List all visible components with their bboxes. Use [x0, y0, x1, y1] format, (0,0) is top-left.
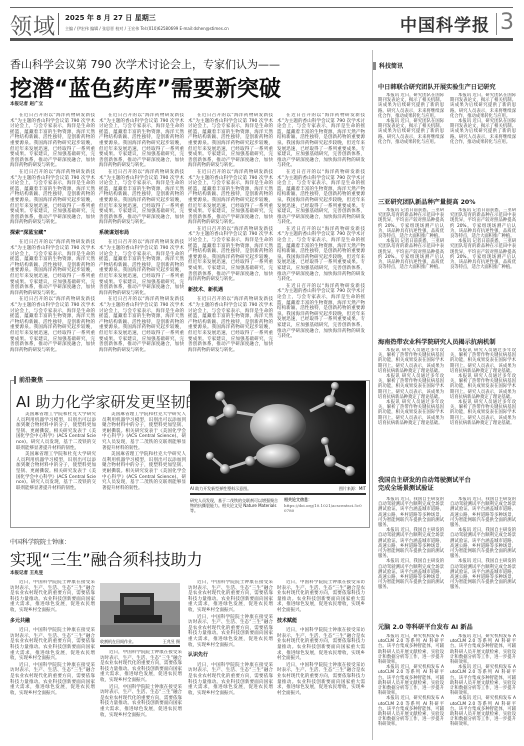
brief-title-3: 海南热带农业科学院研究人员揭示抗病机制	[378, 337, 496, 346]
molecule-caption-text: AI 助力开发新型弹性塑料示意图。	[190, 486, 251, 492]
section-name: 领域	[10, 10, 56, 41]
brief-5-col-2: 本报讯 近日，研究机构发布 AutoCLM 2.0 等系列 AI 科研平台。该平…	[450, 634, 516, 739]
lead-column-2: 在近日召开的以“海洋药物研发新技术”为主题的香山科学会议第 790 次学术讨论会…	[99, 113, 184, 370]
paper-link-block: 相关论文信息： https://doi.org/10.1021/acscents…	[284, 497, 364, 514]
second-column-2: 近日，中国科学院院士钟康在接受采访时表示，生产、生活、生态“三生”融合是农业农村…	[100, 650, 182, 740]
feature-label: 前沿聚焦	[16, 375, 46, 384]
harvester-caption-rule	[100, 645, 180, 647]
molecule-caption: AI 助力开发新型弹性塑料示意图。 图片来源：MIT	[190, 486, 366, 492]
editor-staff-line: 主编 / 伊宏伟 编辑 / 张思晋 校对 / 王宏伟 Tel:(010)6258…	[65, 26, 229, 32]
brief-title-5: 元脑 2.0 等科研平台发布 AI 新品	[378, 622, 473, 631]
lead-kicker: 香山科学会议第 790 次学术讨论会上，专家们认为——	[10, 56, 280, 72]
feature-note: 研究人员发现，基于二茂铁的交联剂可以增强聚合物的抗撕裂能力。相关论文见 Natu…	[190, 498, 280, 513]
brief-3-col-2: 本报讯 研究人员通过多年攻关，解析了热带作物关键抗病基因的功能，相关成果发表在国…	[450, 348, 516, 463]
paper-link[interactable]: https://doi.org/10.1021/acscentsci.5c007…	[284, 503, 364, 514]
lead-subhead-2: 系统谋划布局	[99, 231, 184, 237]
briefs-label: 科技简讯	[379, 61, 403, 70]
right-column-divider	[372, 50, 373, 740]
briefs-label-bar	[373, 62, 376, 70]
brief-2-col-2: 本报讯 记者日前获悉，三亚研究团队培育的新品种在示范田中表现优异，平均亩产较对照…	[450, 208, 516, 320]
brief-4-col-1: 本报讯 近日，我国自主研发的自动驾驶测试平台顺利完成全场景测试验证。该平台涵盖城…	[378, 497, 444, 607]
brief-5-col-1: 本报讯 近日，研究机构发布 AutoCLM 2.0 等系列 AI 科研平台。该平…	[378, 634, 444, 739]
molecule-image	[190, 381, 366, 484]
lead-column-1: 在近日召开的以“海洋药物研发新技术”为主题的香山科学会议第 790 次学术讨论会…	[10, 113, 95, 370]
second-column-3: 近日，中国科学院院士钟康在接受采访时表示，生产、生活、生态“三生”融合是农业农村…	[188, 580, 273, 740]
feature-column-1: 美国麻省理工学院和杜克大学研究人员利用机器学习模型，识别出可以添加到聚合物材料中…	[16, 412, 96, 524]
brief-2-col-1: 本报讯 记者日前获悉，三亚研究团队培育的新品种在示范田中表现优异，平均亩产较对照…	[378, 208, 444, 320]
brief-title-1: 中日韩联合研究团队开展实验生产日记研究	[378, 82, 496, 91]
feature-column-2: 美国麻省理工学院和杜克大学研究人员利用机器学习模型，识别出可以添加到聚合物材料中…	[102, 412, 186, 524]
second-subhead-3: 技术赋能	[277, 619, 365, 625]
brief-1-col-1: 本报讯 近日，研究团队在国际期刊发表论文，揭示了相关机制。该成果为后续研究提供了…	[378, 93, 444, 185]
harvester-photo	[100, 583, 180, 637]
brief-title-2: 三亚研究团队新品种产量提高 20%	[378, 197, 475, 206]
issue-date: 2025 年 8 月 27 日 星期三	[65, 13, 156, 23]
page-number-divider	[496, 13, 497, 35]
caption-rule	[190, 493, 366, 495]
brief-4-col-2: 本报讯 近日，我国自主研发的自动驾驶测试平台顺利完成全场景测试验证。该平台涵盖城…	[450, 497, 516, 607]
brief-3-col-1: 本报讯 研究人员通过多年攻关，解析了热带作物关键抗病基因的功能，相关成果发表在国…	[378, 348, 444, 463]
masthead-logo: 中国科学报	[400, 11, 490, 36]
page-number: 3	[500, 10, 514, 35]
second-headline: 实现“三生”融合须科技助力	[10, 547, 203, 570]
lead-column-3: 在近日召开的以“海洋药物研发新技术”为主题的香山科学会议第 790 次学术讨论会…	[188, 113, 273, 370]
brief-1-col-2: 本报讯 近日，研究团队在国际期刊发表论文，揭示了相关机制。该成果为后续研究提供了…	[450, 93, 516, 185]
header-divider	[58, 13, 59, 35]
second-byline: 本报记者 王兆昱	[10, 570, 43, 576]
second-subhead-2: 认识先行	[188, 653, 273, 659]
header-bottom-rule	[10, 38, 513, 41]
brief-title-4: 我国自主研发的自动驾驶测试平台 完成全场景测试验证	[378, 477, 471, 493]
second-kicker: 中国科学院院士钟康：	[10, 537, 70, 546]
molecule-credit: 图片来源：MIT	[339, 486, 366, 492]
second-column-1: 近日，中国科学院院士钟康在接受采访时表示，生产、生活、生态“三生”融合是农业农村…	[10, 580, 95, 740]
second-column-4: 近日，中国科学院院士钟康在接受采访时表示，生产、生活、生态“三生”融合是农业农村…	[277, 580, 365, 740]
lead-subhead-3: 新技术、新机遇	[188, 288, 273, 294]
lead-headline: 挖潜“蓝色药库”需要新突破	[10, 72, 281, 103]
header-top-rule	[10, 7, 513, 8]
lead-column-4: 在近日召开的以“海洋药物研发新技术”为主题的香山科学会议第 790 次学术讨论会…	[277, 113, 365, 370]
second-subhead-1: 多元共融	[10, 619, 95, 625]
lead-byline: 本报记者 赵广立	[10, 101, 43, 107]
lead-subhead-1: 探索“深蓝宝藏”	[10, 231, 95, 237]
